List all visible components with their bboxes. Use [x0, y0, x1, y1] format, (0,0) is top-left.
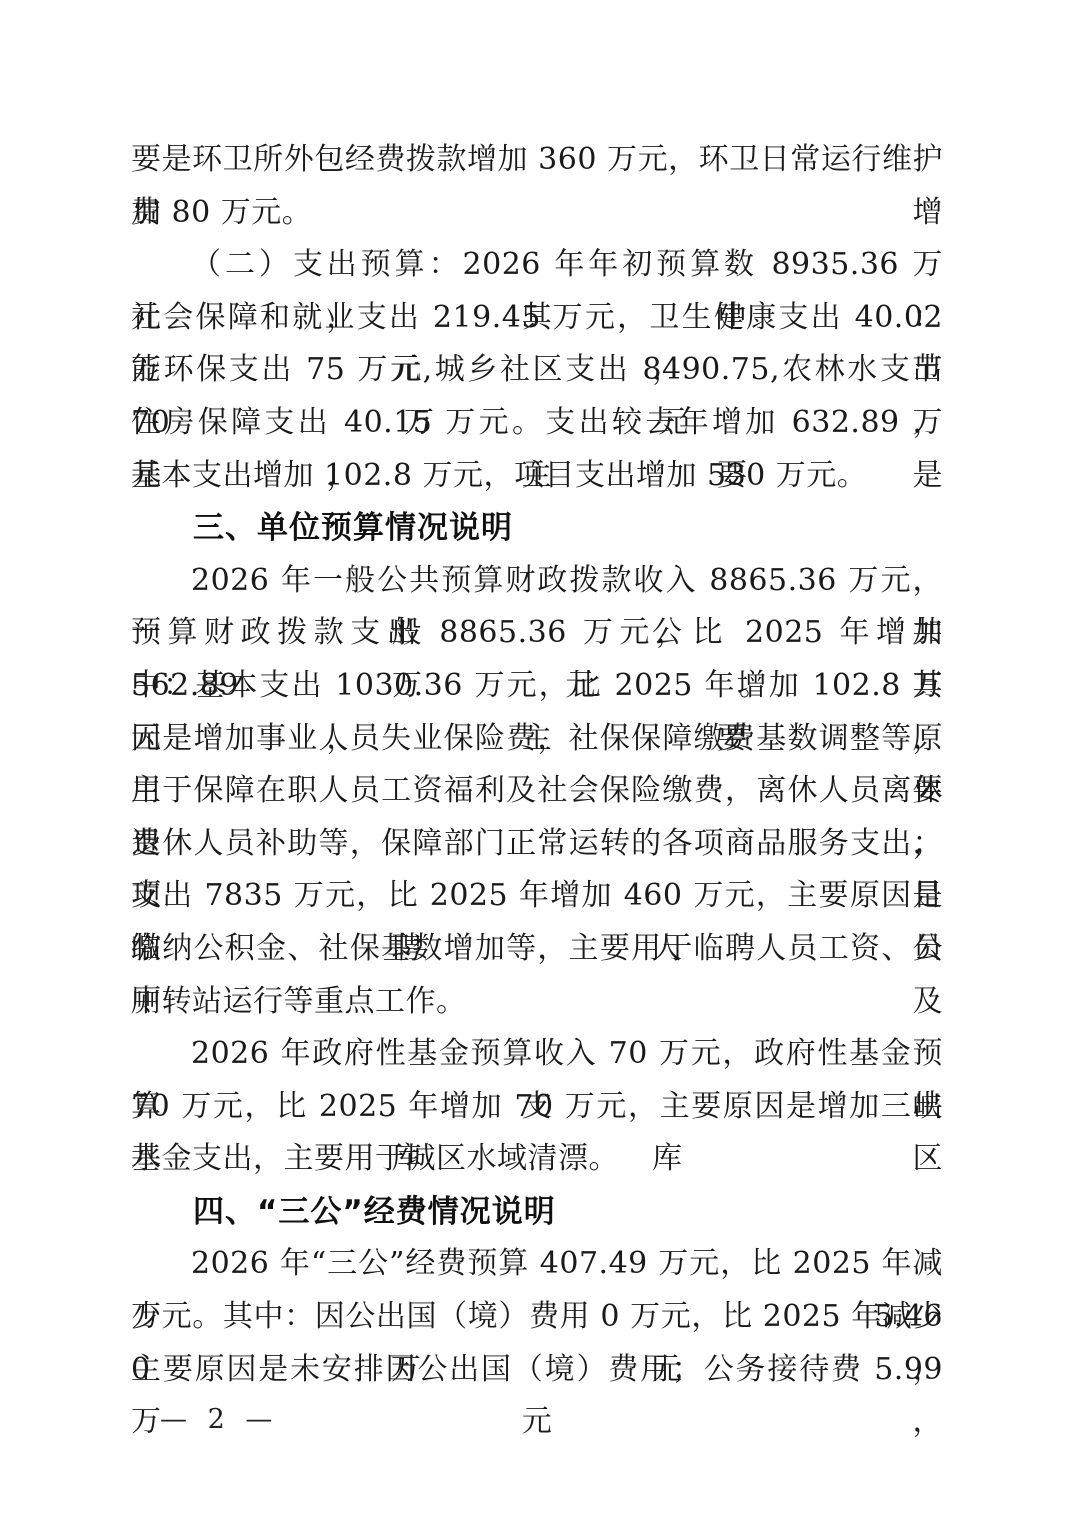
text-line: 退休人员补助等，保障部门正常运转的各项商品服务支出；项目	[131, 818, 943, 871]
text-line: 万元。其中：因公出国（境）费用 0 万元，比 2025 年减少 0 万元，	[131, 1291, 943, 1344]
text-line: 用于保障在职人员工资福利及社会保险缴费，离休人员离休费，	[131, 765, 943, 818]
text-line: 要是环卫所外包经费拨款增加 360 万元，环卫日常运行维护费增	[131, 134, 943, 187]
section-heading-3: 三、单位预算情况说明	[131, 502, 943, 555]
text-line: 70 万元，比 2025 年增加 70 万元，主要原因是增加三峡水库库区	[131, 1081, 943, 1134]
text-line: 支出 7835 万元，比 2025 年增加 460 万元，主要原因是临聘人员	[131, 870, 943, 923]
text-line: （二）支出预算：2026 年年初预算数 8935.36 万元，其中：	[131, 239, 943, 292]
text-line: 2026 年“三公”经费预算 407.49 万元，比 2025 年减少 5.46	[131, 1238, 943, 1291]
document-body: 要是环卫所外包经费拨款增加 360 万元，环卫日常运行维护费增 加 80 万元。…	[131, 134, 943, 1396]
text-line: 能环保支出 75 万元,城乡社区支出 8490.75,农林水支出 70 万元，	[131, 344, 943, 397]
page-number: — 2 —	[160, 1400, 278, 1440]
text-line: 2026 年一般公共预算财政拨款收入 8865.36 万元，一般公共	[131, 555, 943, 608]
text-line: 因是增加事业人员失业保险费，社保保障缴费基数调整等，主要	[131, 713, 943, 766]
document-page: 要是环卫所外包经费拨款增加 360 万元，环卫日常运行维护费增 加 80 万元。…	[0, 0, 1074, 1520]
text-line: 中：基本支出 1030.36 万元，比 2025 年增加 102.8 万元，主要…	[131, 660, 943, 713]
section-heading-4: 四、“三公”经费情况说明	[131, 1186, 943, 1239]
text-line: 预算财政拨款支出 8865.36 万元，比 2025 年增加 562.89 万元…	[131, 607, 943, 660]
text-line: 主要原因是未安排因公出国（境）费用；公务接待费 5.99 万元，	[131, 1344, 943, 1397]
text-line: 住房保障支出 40.15 万元。支出较去年增加 632.89 万元，主要是	[131, 397, 943, 450]
text-line: 社会保障和就业支出 219.45 万元，卫生健康支出 40.02 万元，节	[131, 292, 943, 345]
text-line: 缴纳公积金、社保基数增加等，主要用于临聘人员工资、公厕及	[131, 923, 943, 976]
text-line: 基本支出增加 102.8 万元，项目支出增加 530 万元。	[131, 450, 943, 503]
text-line: 2026 年政府性基金预算收入 70 万元，政府性基金预算支出	[131, 1028, 943, 1081]
